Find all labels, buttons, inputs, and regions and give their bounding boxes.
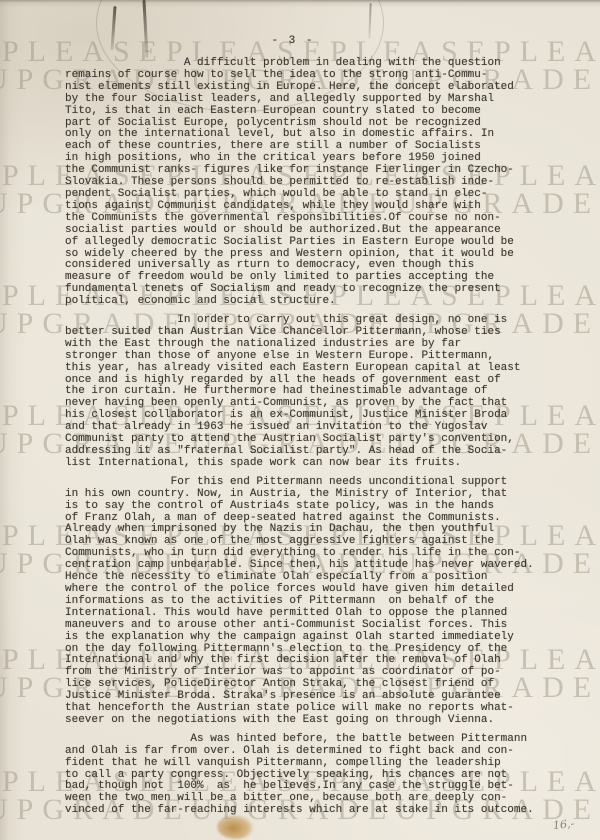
typewritten-paragraph: A difficult problem in dealing with the … [65,58,570,308]
scanned-document-page: PLEASEPLEASEPLEASEPLEASEUPGRADEUPGRADEUP… [0,0,600,840]
typed-text-block: A difficult problem in dealing with the … [65,58,570,824]
typewritten-paragraph: As was hinted before, the battle between… [65,734,570,817]
typewritten-paragraph: For this end Pittermann needs unconditio… [65,477,570,727]
handwritten-note: 16,- [552,817,574,832]
paper-stain [217,815,253,839]
typewritten-paragraph: In order to carry out this great design,… [65,315,570,470]
page-number: - 3 - [0,35,586,47]
